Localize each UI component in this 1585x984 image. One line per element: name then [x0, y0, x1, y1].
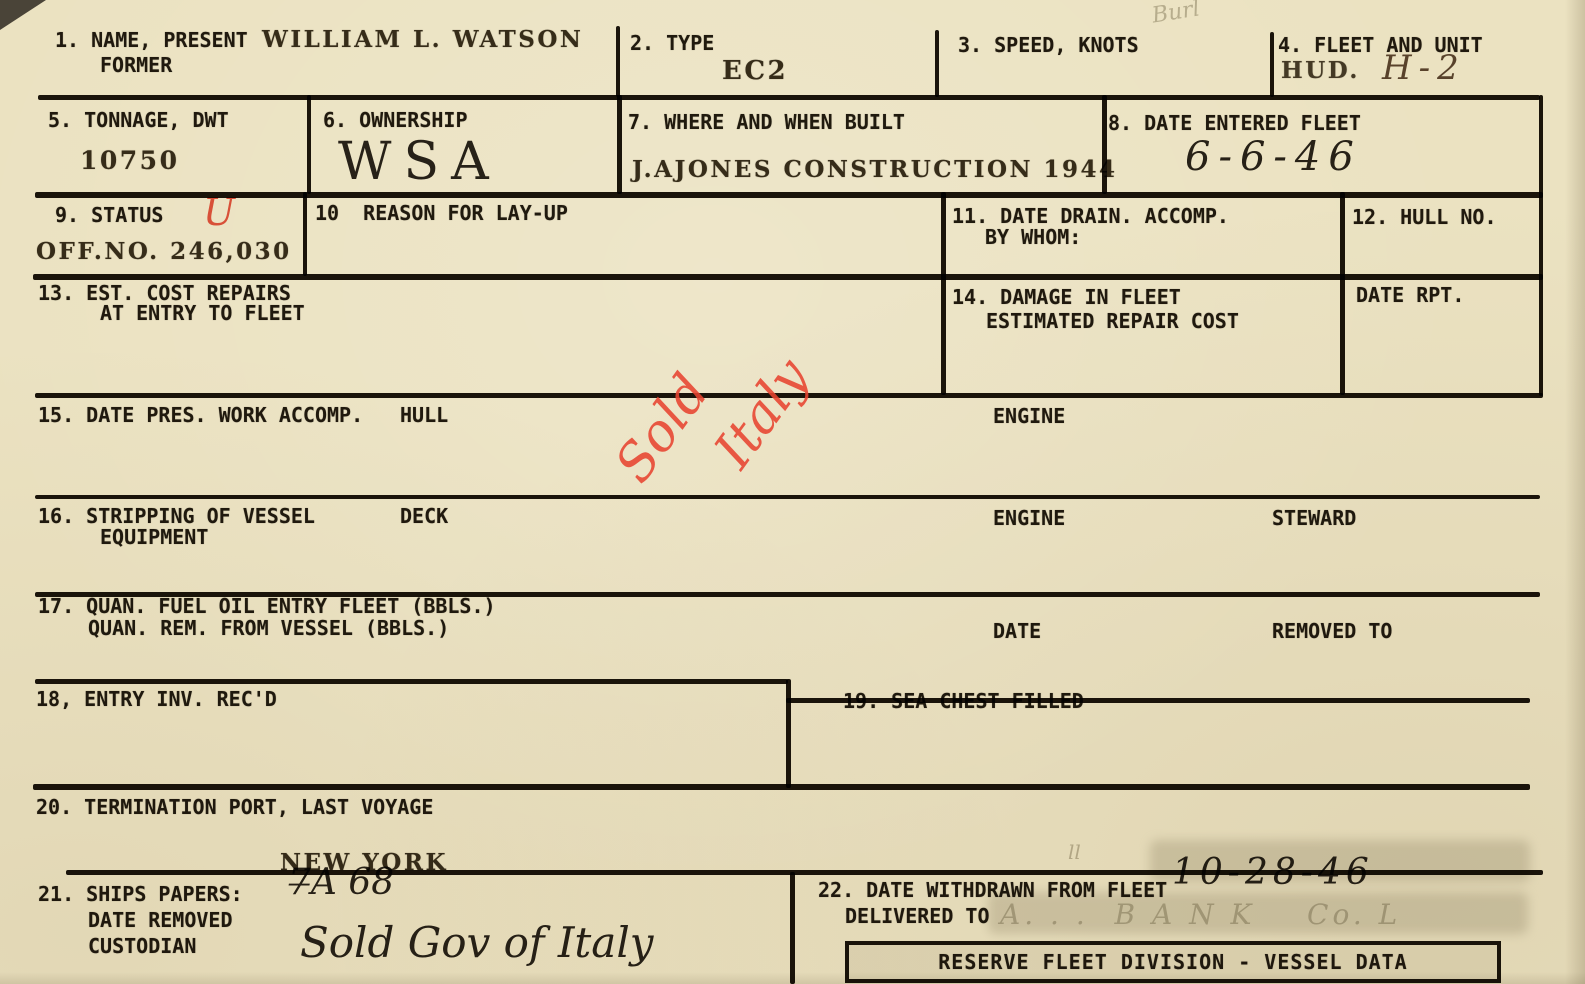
- field-15-engine-label: ENGINE: [993, 406, 1065, 427]
- field-21-papers-handwritten: 7̶A 68: [288, 862, 394, 903]
- field-17-label: 17. QUAN. FUEL OIL ENTRY FLEET (BBLS.): [38, 596, 496, 617]
- field-22-delivered-faded-pencil: A. . . B A N K Co. L: [1000, 898, 1401, 931]
- pencil-note-top: Burl: [1150, 0, 1201, 29]
- grid-line: [1340, 192, 1345, 395]
- field-3-label: 3. SPEED, KNOTS: [958, 35, 1139, 56]
- grid-line: [935, 30, 939, 97]
- field-17-label-line2: QUAN. REM. FROM VESSEL (BBLS.): [88, 618, 449, 639]
- grid-line: [617, 95, 622, 194]
- field-16-steward-label: STEWARD: [1272, 508, 1356, 529]
- field-20-label: 20. TERMINATION PORT, LAST VOYAGE: [36, 797, 433, 818]
- sold-italy-red-annotation: Sold Italy: [592, 232, 898, 569]
- field-10-label: 10 REASON FOR LAY-UP: [315, 203, 568, 224]
- grid-line: [35, 192, 1543, 198]
- field-14-date-rpt-label: DATE RPT.: [1356, 285, 1464, 306]
- field-12-label: 12. HULL NO.: [1352, 207, 1497, 228]
- vessel-data-card: 1. NAME, PRESENT WILLIAM L. WATSON FORME…: [0, 0, 1585, 984]
- field-11-label: 11. DATE DRAIN. ACCOMP.: [952, 206, 1229, 227]
- grid-line: [38, 95, 1540, 100]
- grid-line: [303, 192, 307, 276]
- field-1-name-value: WILLIAM L. WATSON: [262, 26, 583, 53]
- field-22-date-handwritten: 10-28-46: [1172, 852, 1374, 893]
- field-17-removed-to-label: REMOVED TO: [1272, 621, 1392, 642]
- grid-line: [35, 679, 788, 684]
- grid-line: [1270, 32, 1274, 97]
- field-5-label: 5. TONNAGE, DWT: [48, 110, 229, 131]
- field-16-label-line2: EQUIPMENT: [100, 527, 208, 548]
- field-16-label: 16. STRIPPING OF VESSEL: [38, 506, 315, 527]
- field-14-label: 14. DAMAGE IN FLEET: [952, 287, 1181, 308]
- grid-line: [786, 679, 791, 788]
- field-14-label-line2: ESTIMATED REPAIR COST: [986, 311, 1239, 332]
- field-17-date-label: DATE: [993, 621, 1041, 642]
- grid-line: [1539, 95, 1543, 396]
- field-8-label: 8. DATE ENTERED FLEET: [1108, 113, 1361, 134]
- field-2-type-value: EC2: [722, 56, 788, 86]
- field-18-label: 18, ENTRY INV. REC'D: [36, 689, 277, 710]
- field-15-label: 15. DATE PRES. WORK ACCOMP.: [38, 405, 363, 426]
- field-21-date-removed-label: DATE REMOVED: [88, 910, 233, 931]
- field-11-by-whom-label: BY WHOM:: [985, 227, 1081, 248]
- field-1-label: 1. NAME, PRESENT: [55, 30, 248, 51]
- field-16-deck-label: DECK: [400, 506, 448, 527]
- field-7-label: 7. WHERE AND WHEN BUILT: [628, 112, 905, 133]
- field-21-custodian-label: CUSTODIAN: [88, 936, 196, 957]
- italy-word: Italy: [703, 348, 821, 479]
- grid-line: [307, 95, 311, 194]
- field-4-unit-handwritten: H-2: [1382, 48, 1466, 88]
- field-15-hull-label: HULL: [400, 405, 448, 426]
- field-9-official-number: OFF.NO. 246,030: [36, 238, 292, 265]
- field-13-label-line2: AT ENTRY TO FLEET: [100, 303, 305, 324]
- field-7-built-value: J.AJONES CONSTRUCTION 1944: [632, 156, 1118, 183]
- field-6-label: 6. OWNERSHIP: [323, 110, 468, 131]
- grid-line: [33, 784, 1530, 790]
- field-6-ownership-handwritten: WSA: [338, 132, 501, 192]
- scan-corner-shadow: [0, 0, 46, 30]
- grid-line: [790, 872, 795, 984]
- field-2-label: 2. TYPE: [630, 33, 714, 54]
- sold-word: Sold: [604, 364, 721, 494]
- field-8-date-handwritten: 6-6-46: [1185, 134, 1362, 180]
- field-4-fleet-value: HUD.: [1281, 57, 1360, 84]
- field-22-delivered-to-label: DELIVERED TO: [845, 906, 990, 927]
- grid-line: [941, 192, 946, 395]
- field-1-former-label: FORMER: [100, 55, 172, 76]
- field-9-label: 9. STATUS: [55, 205, 163, 226]
- field-21-custodian-handwritten: Sold Gov of Italy: [300, 918, 654, 967]
- field-16-engine-label: ENGINE: [993, 508, 1065, 529]
- paper-edge-shadow-right: [1565, 0, 1585, 984]
- field-21-label: 21. SHIPS PAPERS:: [38, 884, 243, 905]
- footer-banner-box: RESERVE FLEET DIVISION - VESSEL DATA: [845, 941, 1501, 983]
- grid-line: [35, 495, 1540, 499]
- pencil-mark-small: ll: [1068, 840, 1081, 864]
- field-5-tonnage-value: 10750: [80, 146, 179, 175]
- grid-line: [616, 26, 620, 97]
- field-19-label: 19. SEA CHEST FILLED: [843, 691, 1084, 712]
- footer-banner-title: RESERVE FLEET DIVISION - VESSEL DATA: [938, 952, 1407, 973]
- field-9-status-handwritten: U: [203, 190, 235, 234]
